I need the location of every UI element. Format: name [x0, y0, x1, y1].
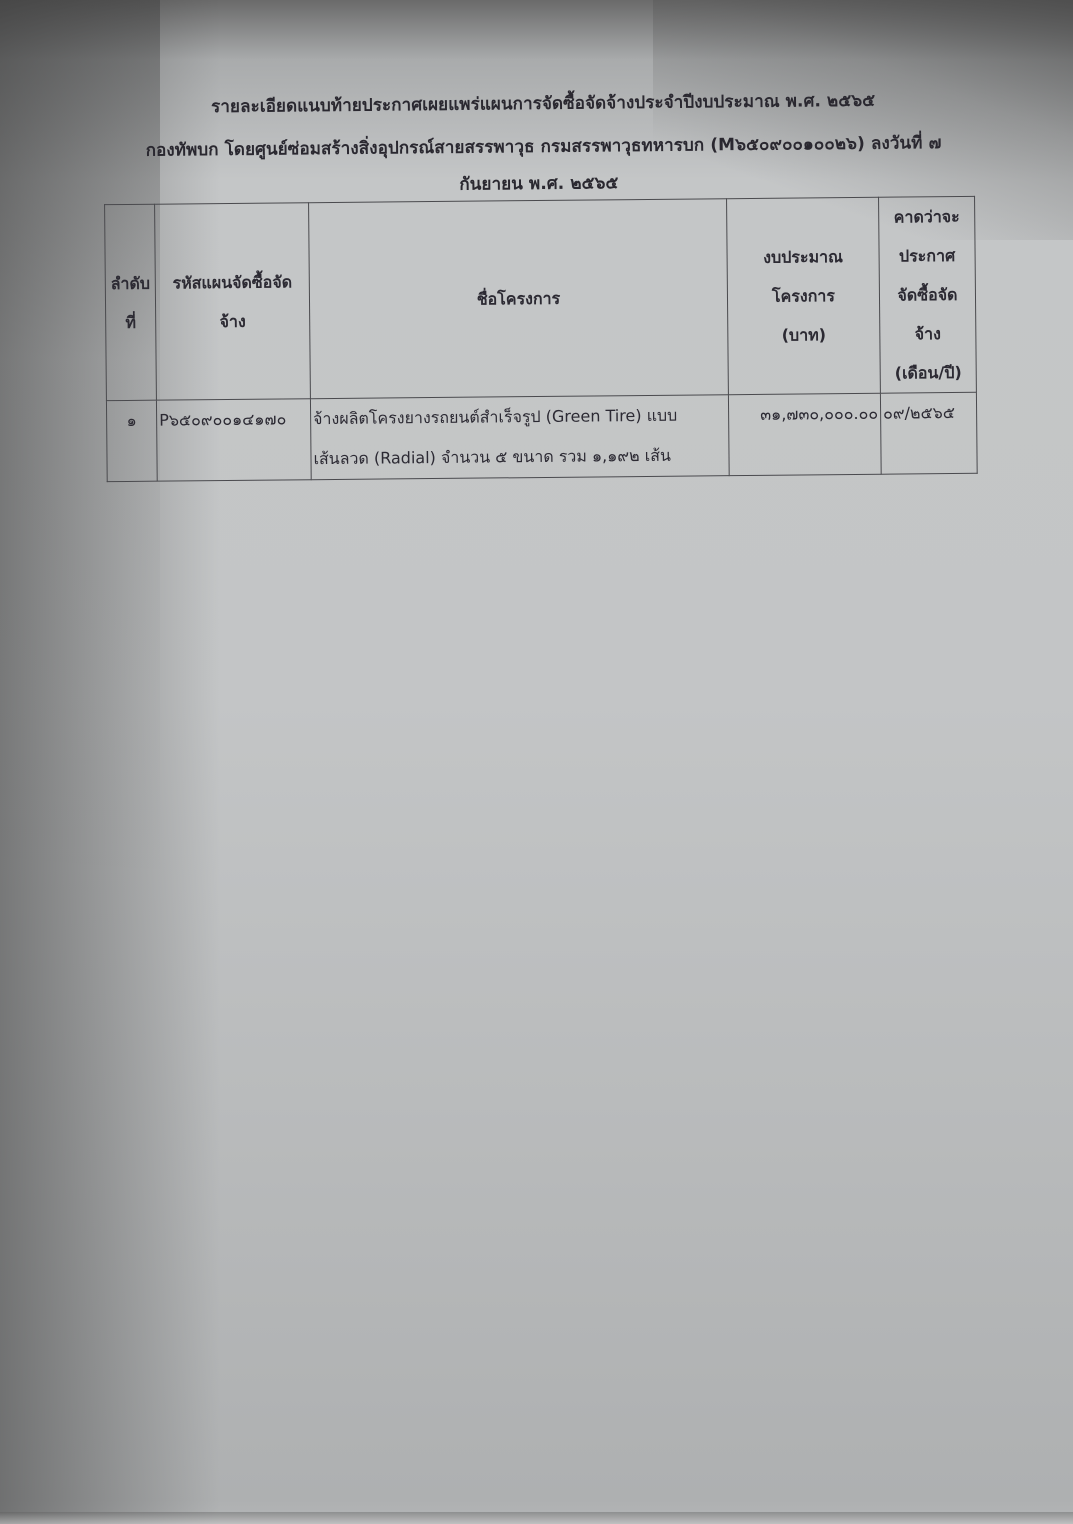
cell-plan-code: P๖๕๐๙๐๐๑๔๑๗๐	[156, 399, 311, 481]
header-plan-code: รหัสแผนจัดซื้อจัด จ้าง	[155, 203, 311, 400]
header-text: ที่	[108, 302, 153, 341]
header-text: (บาท)	[730, 315, 877, 355]
header-text: รหัสแผนจัดซื้อจัด	[158, 262, 307, 302]
header-sequence-no: ลำดับ ที่	[105, 204, 157, 400]
header-text: งบประมาณ	[729, 237, 876, 277]
project-name-line: เส้นลวด (Radial) จำนวน ๕ ขนาด รวม ๑,๑๙๒ …	[313, 435, 726, 479]
cell-sequence-no: ๑	[106, 400, 157, 481]
procurement-plan-table: ลำดับ ที่ รหัสแผนจัดซื้อจัด จ้าง ชื่อโคร…	[104, 196, 978, 482]
document-title-line-2: กองทัพบก โดยศูนย์ซ่อมสร้างสิ่งอุปกรณ์สาย…	[53, 128, 1033, 164]
header-text: คาดว่าจะ	[881, 197, 972, 237]
header-text: (เดือน/ปี)	[883, 353, 974, 393]
document-page: รายละเอียดแนบท้ายประกาศเผยแพร่แผนการจัดซ…	[0, 0, 1073, 1524]
header-text: ชื่อโครงการ	[312, 277, 725, 320]
header-text: จ้าง	[882, 314, 973, 354]
document-title-line-1: รายละเอียดแนบท้ายประกาศเผยแพร่แผนการจัดซ…	[78, 85, 1008, 121]
table-header-row: ลำดับ ที่ รหัสแผนจัดซื้อจัด จ้าง ชื่อโคร…	[105, 196, 977, 400]
header-project-name: ชื่อโครงการ	[309, 199, 729, 399]
cell-budget: ๓๑,๗๓๐,๐๐๐.๐๐	[728, 393, 881, 475]
header-text: โครงการ	[730, 276, 877, 316]
header-budget: งบประมาณ โครงการ (บาท)	[727, 197, 881, 394]
header-expected-date: คาดว่าจะ ประกาศ จัดซื้อจัด จ้าง (เดือน/ป…	[879, 196, 977, 393]
header-text: จัดซื้อจัด	[882, 275, 973, 315]
cell-project-name: จ้างผลิตโครงยางรถยนต์สำเร็จรูป (Green Ti…	[310, 395, 729, 480]
project-name-line: จ้างผลิตโครงยางรถยนต์สำเร็จรูป (Green Ti…	[313, 395, 726, 439]
cell-expected-date: ๐๙/๒๕๖๕	[880, 392, 977, 474]
header-text: ลำดับ	[108, 263, 153, 302]
table-row: ๑ P๖๕๐๙๐๐๑๔๑๗๐ จ้างผลิตโครงยางรถยนต์สำเร…	[106, 392, 977, 481]
header-text: จ้าง	[158, 301, 307, 341]
header-text: ประกาศ	[881, 236, 972, 276]
